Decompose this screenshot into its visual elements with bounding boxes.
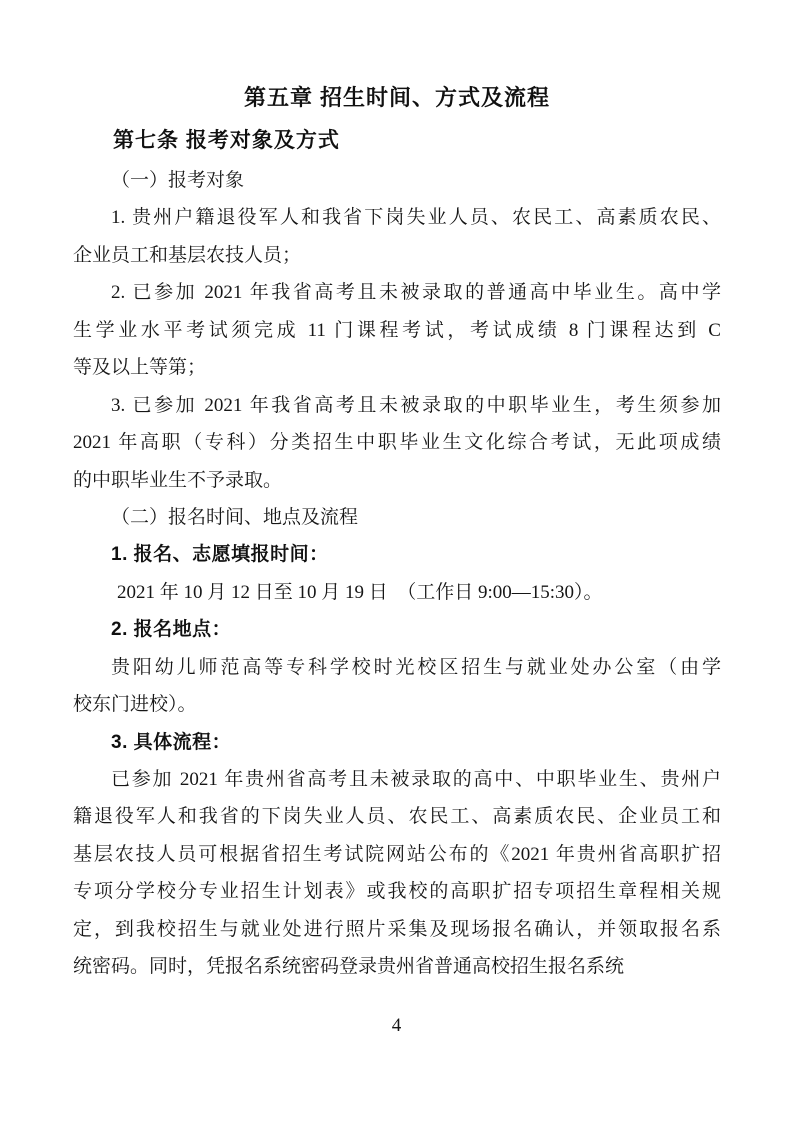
- item3-heading: 3. 具体流程：: [73, 724, 721, 761]
- document-page: 第五章 招生时间、方式及流程 第七条 报考对象及方式 （一）报考对象 1. 贵州…: [0, 0, 793, 1122]
- item3-line-1: 已参加 2021 年贵州省高考且未被录取的高中、中职毕业生、贵州户: [73, 761, 721, 798]
- chapter-title: 第五章 招生时间、方式及流程: [73, 76, 721, 120]
- section-one-heading: （一）报考对象: [73, 162, 721, 199]
- para3-line-2: 2021 年高职（专科）分类招生中职毕业生文化综合考试，无此项成绩: [73, 424, 721, 461]
- para3-line-1: 3. 已参加 2021 年我省高考且未被录取的中职毕业生，考生须参加: [73, 387, 721, 424]
- page-number: 4: [0, 1014, 793, 1038]
- item2-line-1: 贵阳幼儿师范高等专科学校时光校区招生与就业处办公室（由学: [73, 649, 721, 686]
- section-two-heading: （二）报名时间、地点及流程: [73, 499, 721, 536]
- item3-line-6: 统密码。同时，凭报名系统密码登录贵州省普通高校招生报名系统: [73, 948, 721, 985]
- item2-line-2: 校东门进校）。: [73, 686, 721, 723]
- item2-heading: 2. 报名地点：: [73, 611, 721, 648]
- para2-line-1: 2. 已参加 2021 年我省高考且未被录取的普通高中毕业生。高中学: [73, 274, 721, 311]
- item3-line-2: 籍退役军人和我省的下岗失业人员、农民工、高素质农民、企业员工和: [73, 798, 721, 835]
- item3-line-5: 定，到我校招生与就业处进行照片采集及现场报名确认，并领取报名系: [73, 911, 721, 948]
- para2-line-3: 等及以上等第；: [73, 349, 721, 386]
- document-content: 第五章 招生时间、方式及流程 第七条 报考对象及方式 （一）报考对象 1. 贵州…: [73, 0, 721, 986]
- article-heading: 第七条 报考对象及方式: [73, 120, 721, 162]
- para1-line-1: 1. 贵州户籍退役军人和我省下岗失业人员、农民工、高素质农民、: [73, 199, 721, 236]
- para2-line-2: 生学业水平考试须完成 11 门课程考试，考试成绩 8 门课程达到 C: [73, 312, 721, 349]
- item1-heading: 1. 报名、志愿填报时间：: [73, 536, 721, 573]
- para3-line-3: 的中职毕业生不予录取。: [73, 462, 721, 499]
- item3-line-4: 专项分学校分专业招生计划表》或我校的高职扩招专项招生章程相关规: [73, 873, 721, 910]
- item3-line-3: 基层农技人员可根据省招生考试院网站公布的《2021 年贵州省高职扩招: [73, 836, 721, 873]
- item1-line-1: 2021 年 10 月 12 日至 10 月 19 日 （工作日 9:00—15…: [73, 574, 721, 611]
- para1-line-2: 企业员工和基层农技人员；: [73, 237, 721, 274]
